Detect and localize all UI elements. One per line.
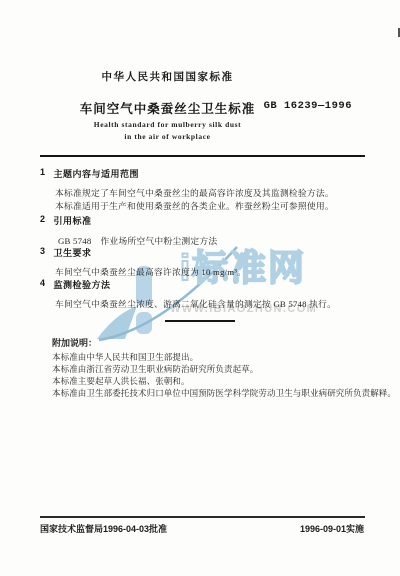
paragraph: 本标准规定了车间空气中桑蚕丝尘的最高容许浓度及其监测检验方法。 bbox=[55, 187, 370, 200]
document-title-en-line1: Health standard for mulberry silk dust bbox=[25, 120, 310, 129]
appendix-line: 本标准由卫生部委托技术归口单位中国预防医学科学院劳动卫生与职业病研究所负责解释。 bbox=[52, 387, 372, 399]
appendix-line: 本标准主要起草人洪长福、张朝和。 bbox=[52, 375, 372, 387]
appendix-line: 本标准由浙江省劳动卫生职业病防治研究所负责起草。 bbox=[52, 363, 372, 375]
document-title-en-line2: in the air of workplace bbox=[25, 132, 310, 141]
paragraph: 车间空气中桑蚕丝尘最高容许浓度为 10 mg/m³。 bbox=[55, 266, 370, 279]
appendix-notes: 附加说明： 本标准由中华人民共和国卫生部提出。 本标准由浙江省劳动卫生职业病防治… bbox=[52, 337, 372, 399]
section-number: 2 bbox=[40, 214, 46, 227]
section-hygiene-requirement: 3 卫生要求 车间空气中桑蚕丝尘最高容许浓度为 10 mg/m³。 bbox=[40, 246, 370, 279]
appendix-heading: 附加说明： bbox=[52, 337, 372, 349]
standard-code: GB 16239—1996 bbox=[264, 100, 352, 112]
section-number: 3 bbox=[40, 246, 46, 259]
implementation-date: 1996-09-01实施 bbox=[300, 522, 364, 535]
national-standard-label: 中华人民共和国国家标准 bbox=[25, 69, 310, 84]
section-heading: 3 卫生要求 bbox=[40, 246, 370, 259]
section-references: 2 引用标准 GB 5748 作业场所空气中粉尘测定方法 bbox=[40, 214, 370, 248]
section-heading-text: 引用标准 bbox=[54, 214, 92, 227]
section-monitoring-method: 4 监测检验方法 车间空气中桑蚕丝尘浓度、游离二氧化硅含量的测定按 GB 574… bbox=[40, 278, 370, 311]
section-end-divider bbox=[165, 320, 235, 322]
section-number: 1 bbox=[40, 167, 46, 180]
section-scope: 1 主题内容与适用范围 本标准规定了车间空气中桑蚕丝尘的最高容许浓度及其监测检验… bbox=[40, 167, 370, 212]
approval-authority-date: 国家技术监督局1996-04-03批准 bbox=[40, 522, 167, 535]
document-page: i标准网 WWW.iBIAOZHUN.COM 中华人民共和国国家标准 车间空气中… bbox=[0, 0, 400, 576]
appendix-line: 本标准由中华人民共和国卫生部提出。 bbox=[52, 351, 372, 363]
section-heading: 2 引用标准 bbox=[40, 214, 370, 227]
section-heading: 4 监测检验方法 bbox=[40, 278, 370, 291]
section-heading-text: 卫生要求 bbox=[54, 246, 92, 259]
paragraph: 本标准适用于生产和使用桑蚕丝的各类企业。柞蚕丝粉尘可参照使用。 bbox=[55, 200, 370, 213]
paragraph: 车间空气中桑蚕丝尘浓度、游离二氧化硅含量的测定按 GB 5748 执行。 bbox=[55, 298, 370, 311]
section-number: 4 bbox=[40, 278, 46, 291]
header-divider bbox=[40, 155, 365, 157]
section-heading: 1 主题内容与适用范围 bbox=[40, 167, 370, 180]
section-heading-text: 监测检验方法 bbox=[54, 278, 111, 291]
footer-divider bbox=[40, 516, 365, 518]
section-heading-text: 主题内容与适用范围 bbox=[54, 167, 140, 180]
